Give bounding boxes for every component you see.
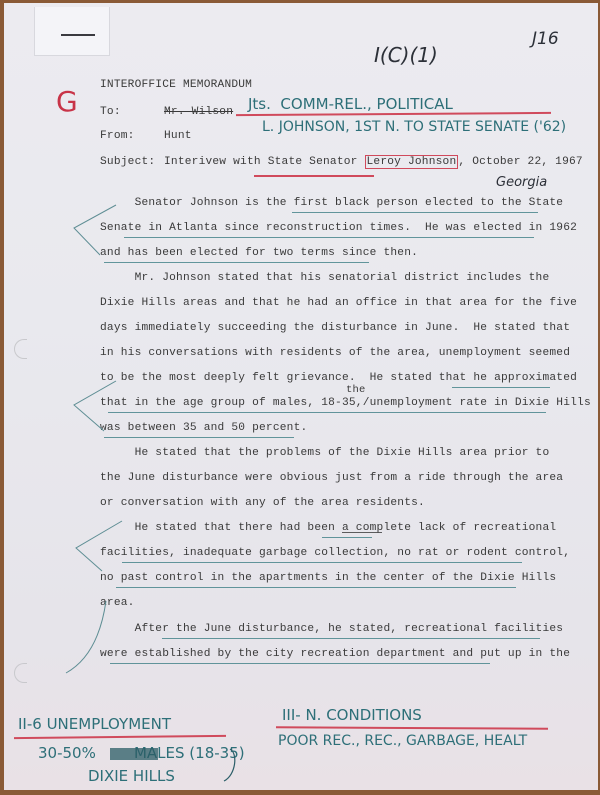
memo-page: J16 I(C)(1) G INTEROFFICE MEMORANDUM To:… — [4, 3, 598, 790]
margin-bracket-marks — [4, 3, 598, 790]
